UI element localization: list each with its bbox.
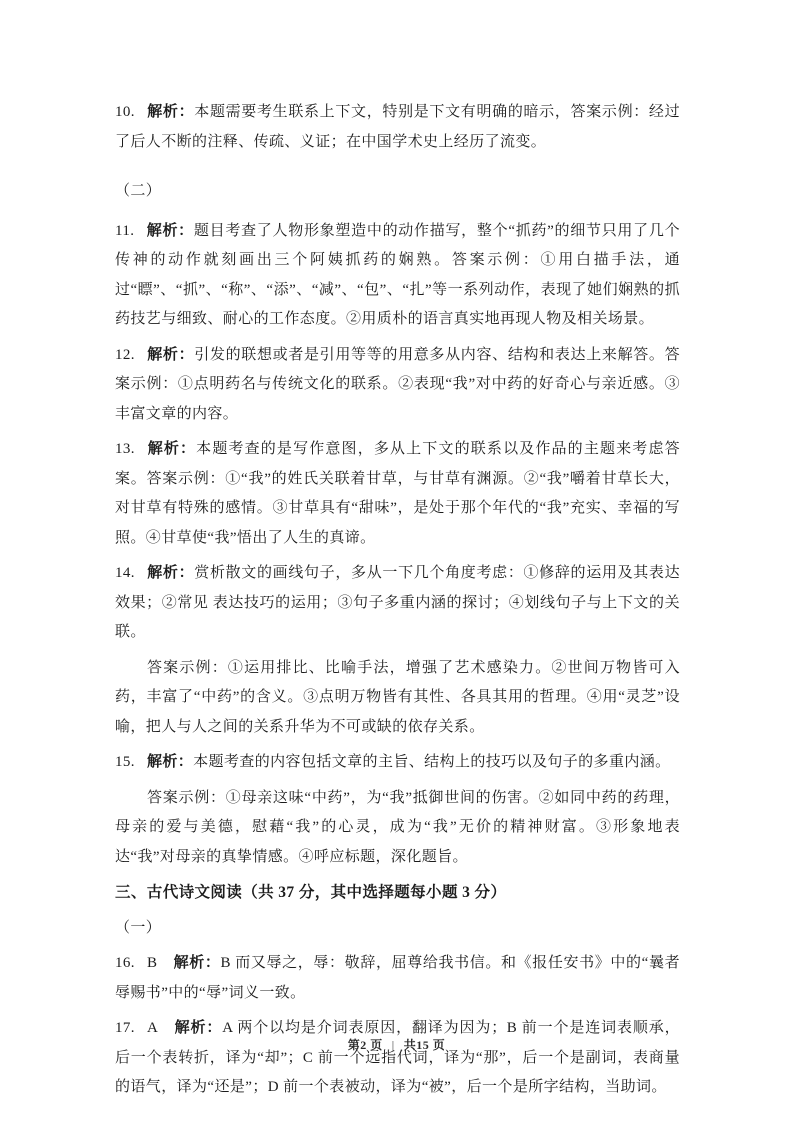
item-number: 13. [115,441,135,457]
analysis-text: 赏析散文的画线句子，多从一下几个角度考虑：①修辞的运用及其表达效果；②常见 表达… [115,565,680,640]
analysis-label: 解析： [147,347,194,363]
section-marker-1: （一） [115,914,680,944]
answer-item-10: 10.解析：本题需要考生联系上下文，特别是下文有明确的暗示，答案示例：经过了后人… [115,98,680,157]
answer-letter: B [147,955,157,971]
answer-item-17: 17.A解析：A 两个以均是介词表原因，翻译为因为；B 前一个是连词表顺承，后一… [115,1014,680,1103]
analysis-text: 本题考查的内容包括文章的主旨、结构上的技巧以及句子的多重内涵。 [193,754,670,770]
analysis-text: 引发的联想或者是引用等等的用意多从内容、结构和表达上来解答。答案示例：①点明药名… [115,347,680,422]
section-marker-2: （二） [115,177,680,207]
answer-example-14: 答案示例：①运用排比、比喻手法，增强了艺术感染力。②世间万物皆可入药，丰富了“中… [115,654,680,743]
analysis-text: 本题考查的是写作意图，多从上下文的联系以及作品的主题来考虑答案。答案示例：①“我… [115,441,680,546]
answer-item-15: 15.解析：本题考查的内容包括文章的主旨、结构上的技巧以及句子的多重内涵。 [115,748,680,778]
item-number: 11. [115,223,134,239]
answer-item-13: 13.解析：本题考查的是写作意图，多从上下文的联系以及作品的主题来考虑答案。答案… [115,435,680,553]
section-heading-3: 三、古代诗文阅读（共 37 分，其中选择题每小题 3 分） [115,878,680,908]
item-number: 14. [115,565,135,581]
item-number: 10. [115,104,135,120]
footer-total-pages: 共15 页 [404,1038,446,1052]
item-number: 16. [115,955,135,971]
analysis-label: 解析： [147,441,196,457]
analysis-text: 题目考查了人物形象塑造中的动作描写，整个“抓药”的细节只用了几个传神的动作就刻画… [115,223,680,328]
analysis-label: 解析： [174,1020,222,1036]
answer-item-12: 12.解析：引发的联想或者是引用等等的用意多从内容、结构和表达上来解答。答案示例… [115,341,680,430]
answer-item-11: 11.解析：题目考查了人物形象塑造中的动作描写，整个“抓药”的细节只用了几个传神… [115,217,680,335]
footer-separator: | [392,1036,395,1054]
analysis-label: 解析： [146,223,194,239]
analysis-label: 解析： [173,955,220,971]
footer-page-number: 第2 页 [348,1038,383,1052]
answer-item-16: 16.B解析：B 而又辱之，辱：敬辞，屈尊给我书信。和《报任安书》中的“曩者辱赐… [115,949,680,1008]
document-page: 10.解析：本题需要考生联系上下文，特别是下文有明确的暗示，答案示例：经过了后人… [0,0,793,1122]
analysis-text: 本题需要考生联系上下文，特别是下文有明确的暗示，答案示例：经过了后人不断的注释、… [115,104,680,150]
analysis-label: 解析： [147,104,194,120]
page-footer: 第2 页|共15 页 [0,1036,793,1054]
analysis-label: 解析： [147,754,193,770]
answer-item-14: 14.解析：赏析散文的画线句子，多从一下几个角度考虑：①修辞的运用及其表达效果；… [115,559,680,648]
item-number: 15. [115,754,135,770]
answer-letter: A [147,1020,158,1036]
item-number: 12. [115,347,135,363]
analysis-label: 解析： [147,565,194,581]
answer-example-15: 答案示例：①母亲这味“中药”，为“我”抵御世间的伤害。②如同中药的药理，母亲的爱… [115,784,680,873]
item-number: 17. [115,1020,135,1036]
